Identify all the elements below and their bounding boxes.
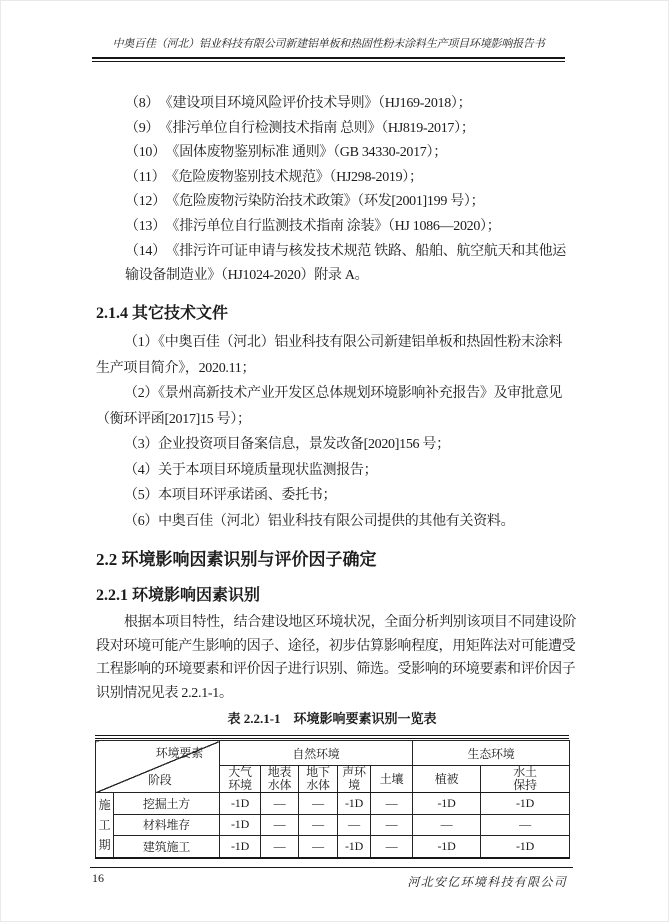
paragraph-line: 根据本项目特性，结合建设地区环境状况，全面分析判别该项目不同建设阶 [96, 611, 582, 635]
footer-rule [90, 867, 573, 868]
reference-list: （8） 《建设项目环境风险评价技术导则》（HJ169-2018）； （9） 《排… [96, 92, 582, 289]
value-cell: — [413, 814, 481, 836]
value-cell: -1D [338, 793, 371, 815]
list-item-continuation: （衡环评函[2017]15 号）； [96, 407, 582, 433]
column-header-groundwater: 地下 水体 [299, 766, 338, 793]
activity-cell: 材料堆存 [114, 814, 220, 836]
paragraph-line: 段对环境可能产生影响的因子、途径，初步估算影响程度，用矩阵法对可能遭受 [96, 635, 582, 659]
paragraph-line: 识别情况见表 2.2.1-1。 [96, 682, 582, 706]
group-header-ecological-env: 生态环境 [413, 741, 570, 766]
document-page: 中奥百佳（河北）铝业科技有限公司新建铝单板和热固性粉末涂料生产项目环境影响报告书… [0, 0, 669, 922]
list-item: （10） 《固体废物鉴别标准 通则》（GB 34330-2017）； [96, 141, 582, 166]
impact-identification-table: 环境要素 阶段 自然环境 生态环境 大气 环境 地表 水体 地下 水体 声环 境… [95, 740, 570, 859]
value-cell: — [261, 793, 299, 815]
impact-table-wrap: 环境要素 阶段 自然环境 生态环境 大气 环境 地表 水体 地下 水体 声环 境… [95, 740, 569, 859]
corner-label-stage: 阶段 [148, 771, 172, 788]
section-heading-2-2-1: 2.2.1 环境影响因素识别 [96, 582, 582, 605]
value-cell: -1D [413, 793, 481, 815]
paragraph-line: 工程影响的环境要素和评价因子进行识别、筛选。受影响的环境要素和评价因子 [96, 658, 582, 682]
table-row: 建筑施工 -1D — — -1D — -1D -1D [96, 836, 570, 858]
activity-cell: 挖掘土方 [114, 793, 220, 815]
list-item: （14） 《排污许可证申请与核发技术规范 铁路、船舶、航空航天和其他运 [96, 240, 582, 265]
value-cell: -1D [481, 793, 570, 815]
column-header-surface-water: 地表 水体 [261, 766, 299, 793]
list-item: （12） 《危险废物污染防治技术政策》（环发[2001]199 号）； [96, 190, 582, 215]
value-cell: — [261, 836, 299, 858]
value-cell: — [371, 836, 413, 858]
section-heading-2-1-4: 2.1.4 其它技术文件 [96, 300, 582, 323]
corner-label-environment-factor: 环境要素 [156, 744, 203, 761]
table-row: 施 工 期 挖掘土方 -1D — — -1D — -1D -1D [96, 793, 570, 815]
body-paragraph: 根据本项目特性，结合建设地区环境状况，全面分析判别该项目不同建设阶 段对环境可能… [96, 611, 582, 705]
list-item: （13） 《排污单位自行监测技术指南 涂装》（HJ 1086—2020）； [96, 215, 582, 240]
column-header-vegetation: 植被 [413, 766, 481, 793]
value-cell: -1D [481, 836, 570, 858]
column-header-air: 大气 环境 [220, 766, 261, 793]
list-item: （3）企业投资项目备案信息，景发改备[2020]156 号； [96, 432, 582, 458]
value-cell: — [338, 814, 371, 836]
list-item: （2）《景州高新技术产业开发区总体规划环境影响补充报告》及审批意见 [96, 381, 582, 407]
column-header-noise: 声环 境 [338, 766, 371, 793]
page-number: 16 [92, 871, 104, 886]
column-header-soil: 土壤 [371, 766, 413, 793]
value-cell: — [299, 814, 338, 836]
table-top-double-rule [95, 735, 569, 739]
section-heading-2-2: 2.2 环境影响因素识别与评价因子确定 [96, 545, 582, 570]
list-item: （8） 《建设项目环境风险评价技术导则》（HJ169-2018）； [96, 92, 582, 117]
page-header-title: 中奥百佳（河北）铝业科技有限公司新建铝单板和热固性粉末涂料生产项目环境影响报告书 [92, 34, 565, 54]
header-double-rule [92, 57, 565, 62]
other-docs-list: （1）《中奥百佳（河北）铝业科技有限公司新建铝单板和热固性粉末涂料 生产项目简介… [96, 330, 582, 534]
value-cell: — [299, 836, 338, 858]
list-item: （5）本项目环评承诺函、委托书； [96, 483, 582, 509]
stage-group-construction-period: 施 工 期 [96, 793, 114, 858]
footer-company-name: 河北安亿环境科技有限公司 [407, 873, 567, 890]
value-cell: -1D [220, 793, 261, 815]
value-cell: — [481, 814, 570, 836]
corner-diagonal-cell: 环境要素 阶段 [96, 741, 220, 793]
value-cell: — [261, 814, 299, 836]
value-cell: -1D [338, 836, 371, 858]
value-cell: — [299, 793, 338, 815]
list-item: （9） 《排污单位自行检测技术指南 总则》（HJ819-2017）； [96, 117, 582, 142]
table-row: 材料堆存 -1D — — — — — — [96, 814, 570, 836]
table-caption: 表 2.2.1-1 环境影响要素识别一览表 [95, 710, 569, 728]
list-item: （1）《中奥百佳（河北）铝业科技有限公司新建铝单板和热固性粉末涂料 [96, 330, 582, 356]
activity-cell: 建筑施工 [114, 836, 220, 858]
value-cell: -1D [220, 836, 261, 858]
value-cell: — [371, 814, 413, 836]
list-item-continuation: 输设备制造业》（HJ1024-2020）附录 A。 [96, 264, 582, 289]
list-item: （6）中奥百佳（河北）铝业科技有限公司提供的其他有关资料。 [96, 509, 582, 535]
value-cell: — [371, 793, 413, 815]
value-cell: -1D [220, 814, 261, 836]
list-item: （11） 《危险废物鉴别技术规范》（HJ298-2019）； [96, 166, 582, 191]
column-header-soil-water-conservation: 水土 保持 [481, 766, 570, 793]
group-header-natural-env: 自然环境 [220, 741, 413, 766]
list-item: （4）关于本项目环境质量现状监测报告； [96, 458, 582, 484]
list-item-continuation: 生产项目简介》，2020.11； [96, 356, 582, 382]
value-cell: -1D [413, 836, 481, 858]
